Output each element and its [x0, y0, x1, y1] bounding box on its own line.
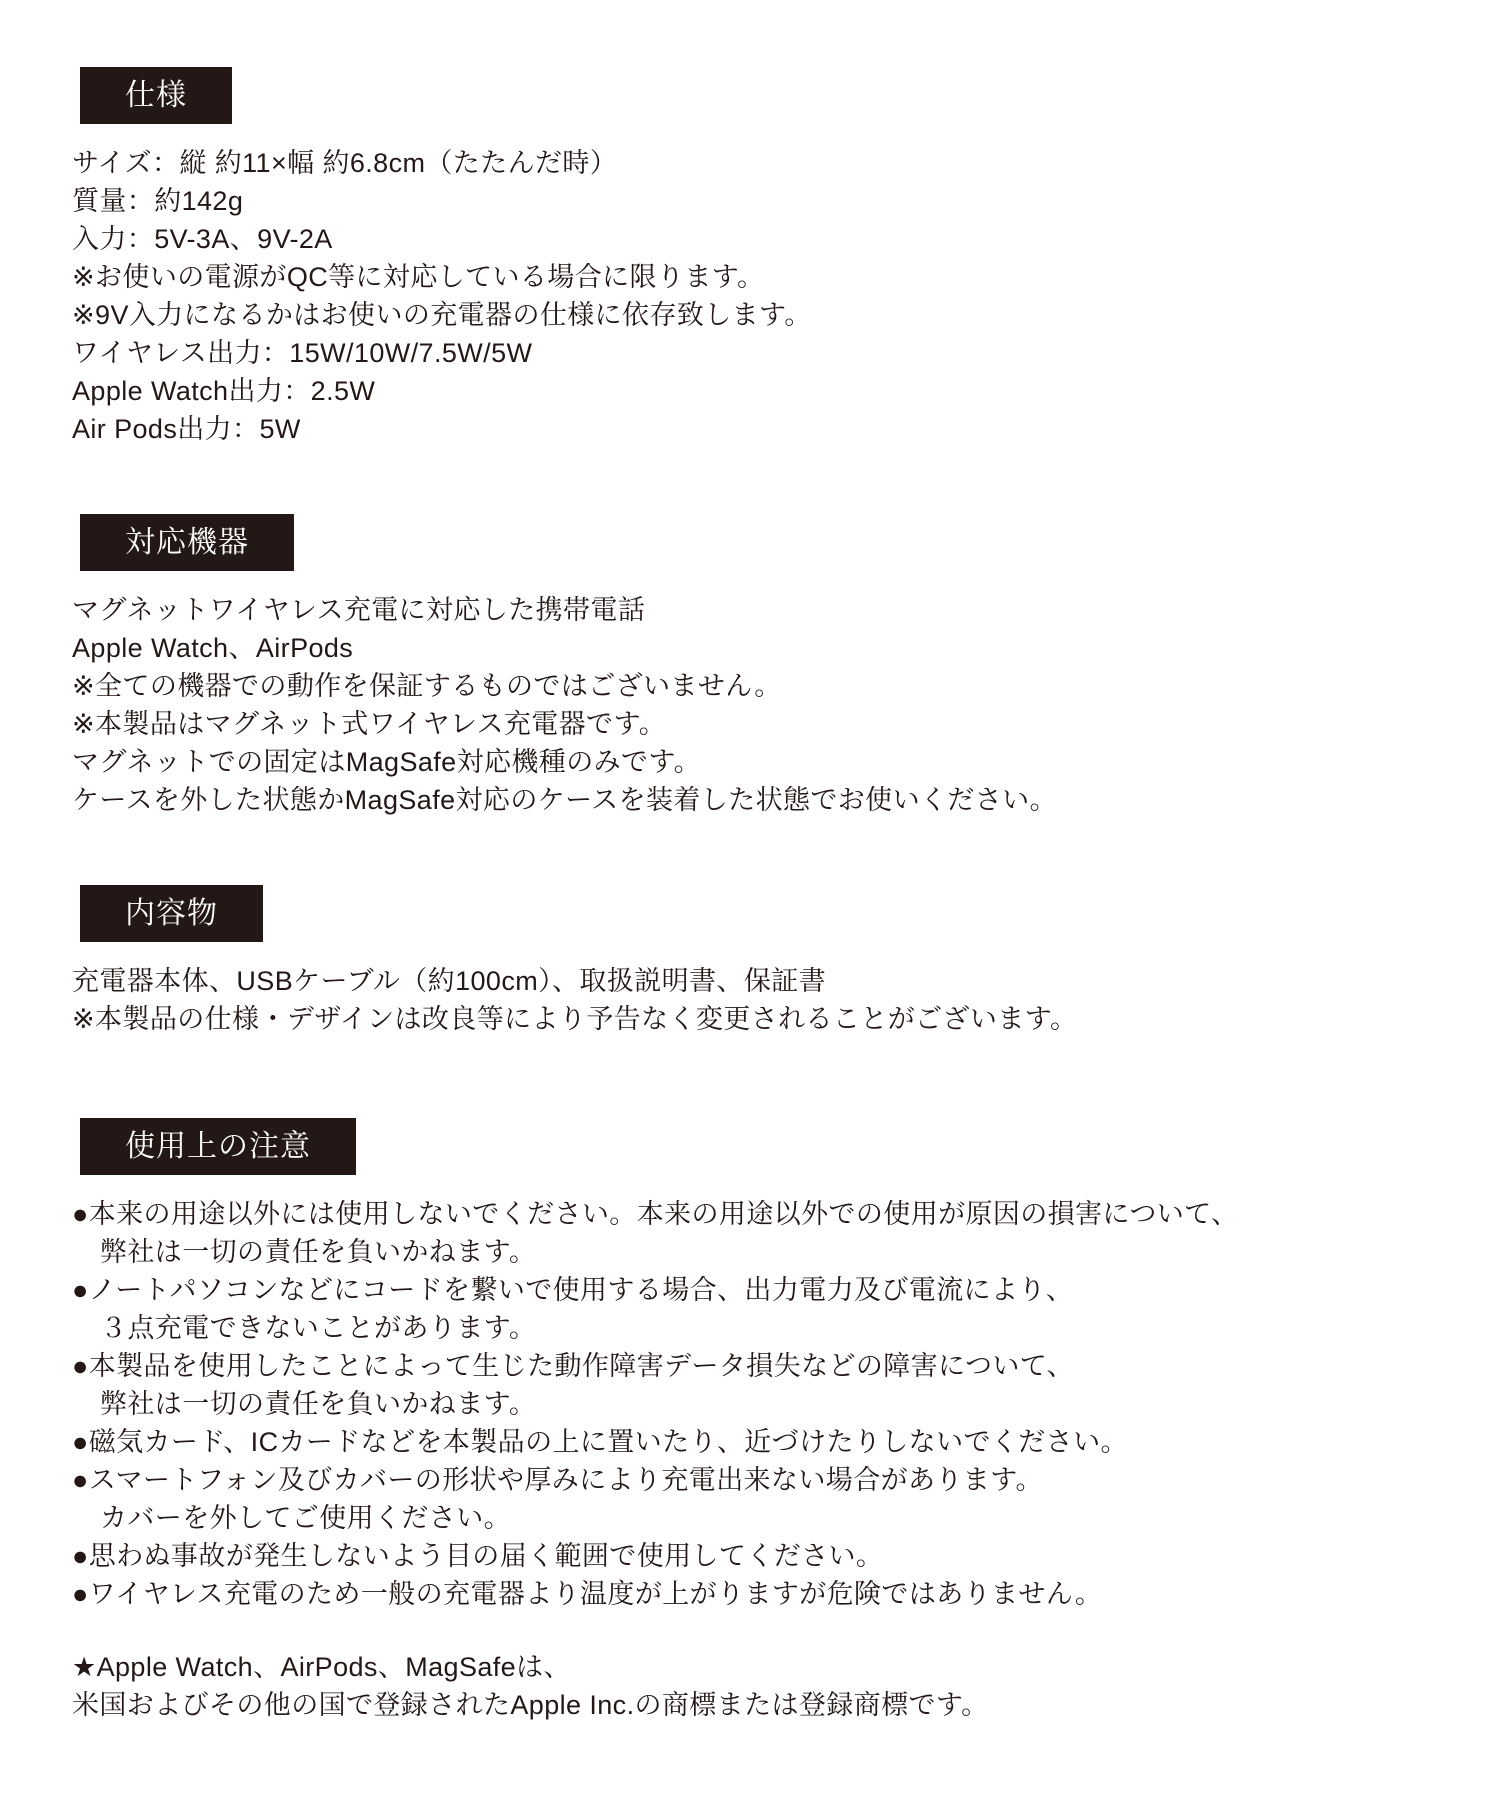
section-label-usage-precautions: 使用上の注意	[80, 1118, 356, 1175]
section-label-text: 使用上の注意	[125, 1130, 311, 1163]
note-line-temperature: ●ワイヤレス充電のため一般の充電器より温度が上がりますが危険ではありません。	[72, 1575, 1460, 1613]
page: { "document": { "background": "#ffffff",…	[0, 0, 1500, 1800]
spec-line-size: サイズ：縦 約11×幅 約6.8cm（たたんだ時）	[72, 144, 1460, 182]
section-specifications: 仕様 サイズ：縦 約11×幅 約6.8cm（たたんだ時） 質量：約142g 入力…	[72, 67, 1460, 448]
section-label-text: 内容物	[125, 897, 218, 930]
spec-line-watch-output: Apple Watch出力：2.5W	[72, 372, 1460, 410]
device-note-guarantee: ※全ての機器での動作を保証するものではございません。	[72, 667, 1460, 705]
section-usage-precautions: 使用上の注意 ●本来の用途以外には使用しないでください。本来の用途以外での使用が…	[72, 1118, 1460, 1613]
device-note-magnet: ※本製品はマグネット式ワイヤレス充電器です。	[72, 705, 1460, 743]
section-label-specifications: 仕様	[80, 67, 232, 124]
contents-line-items: 充電器本体、USBケーブル（約100cm）、取扱説明書、保証書	[72, 962, 1460, 1000]
trademark-footer: ★Apple Watch、AirPods、MagSafeは、 米国およびその他の…	[72, 1648, 1460, 1724]
device-line-case: ケースを外した状態かMagSafe対応のケースを装着した状態でお使いください。	[72, 781, 1460, 819]
section-label-package-contents: 内容物	[80, 885, 263, 942]
spec-line-weight: 質量：約142g	[72, 182, 1460, 220]
spec-line-wireless-output: ワイヤレス出力：15W/10W/7.5W/5W	[72, 334, 1460, 372]
usage-precautions-text: ●本来の用途以外には使用しないでください。本来の用途以外での使用が原因の損害につ…	[72, 1195, 1460, 1613]
note-line-laptop-cont: ３点充電できないことがあります。	[72, 1309, 1460, 1347]
section-label-text: 仕様	[125, 79, 187, 112]
device-line-phone: マグネットワイヤレス充電に対応した携帯電話	[72, 591, 1460, 629]
section-label-compatible-devices: 対応機器	[80, 514, 294, 571]
spec-line-input: 入力：5V-3A、9V-2A	[72, 220, 1460, 258]
trademark-line-brands: ★Apple Watch、AirPods、MagSafeは、	[72, 1648, 1460, 1686]
note-line-malfunction-cont: 弊社は一切の責任を負いかねます。	[72, 1385, 1460, 1423]
spec-note-9v: ※9V入力になるかはお使いの充電器の仕様に依存致します。	[72, 296, 1460, 334]
section-package-contents: 内容物 充電器本体、USBケーブル（約100cm）、取扱説明書、保証書 ※本製品…	[72, 885, 1460, 1038]
specifications-text: サイズ：縦 約11×幅 約6.8cm（たたんだ時） 質量：約142g 入力：5V…	[72, 144, 1460, 448]
section-label-text: 対応機器	[125, 526, 249, 559]
product-spec-document: 仕様 サイズ：縦 約11×幅 約6.8cm（たたんだ時） 質量：約142g 入力…	[0, 0, 1500, 1724]
note-line-malfunction: ●本製品を使用したことによって生じた動作障害データ損失などの障害について、	[72, 1347, 1460, 1385]
device-line-watch-airpods: Apple Watch、AirPods	[72, 629, 1460, 667]
note-line-cover-cont: カバーを外してご使用ください。	[72, 1499, 1460, 1537]
trademark-line-apple: 米国およびその他の国で登録されたApple Inc.の商標または登録商標です。	[72, 1686, 1460, 1724]
compatible-devices-text: マグネットワイヤレス充電に対応した携帯電話 Apple Watch、AirPod…	[72, 591, 1460, 819]
note-line-intended-use-cont: 弊社は一切の責任を負いかねます。	[72, 1233, 1460, 1271]
package-contents-text: 充電器本体、USBケーブル（約100cm）、取扱説明書、保証書 ※本製品の仕様・…	[72, 962, 1460, 1038]
contents-note-changes: ※本製品の仕様・デザインは改良等により予告なく変更されることがございます。	[72, 1000, 1460, 1038]
device-line-magsafe-only: マグネットでの固定はMagSafe対応機種のみです。	[72, 743, 1460, 781]
note-line-intended-use: ●本来の用途以外には使用しないでください。本来の用途以外での使用が原因の損害につ…	[72, 1195, 1460, 1233]
spec-line-airpods-output: Air Pods出力：5W	[72, 410, 1460, 448]
note-line-laptop: ●ノートパソコンなどにコードを繋いで使用する場合、出力電力及び電流により、	[72, 1271, 1460, 1309]
note-line-magnetic-cards: ●磁気カード、ICカードなどを本製品の上に置いたり、近づけたりしないでください。	[72, 1423, 1460, 1461]
section-compatible-devices: 対応機器 マグネットワイヤレス充電に対応した携帯電話 Apple Watch、A…	[72, 514, 1460, 819]
note-line-supervision: ●思わぬ事故が発生しないよう目の届く範囲で使用してください。	[72, 1537, 1460, 1575]
note-line-cover: ●スマートフォン及びカバーの形状や厚みにより充電出来ない場合があります。	[72, 1461, 1460, 1499]
spec-note-qc: ※お使いの電源がQC等に対応している場合に限ります。	[72, 258, 1460, 296]
